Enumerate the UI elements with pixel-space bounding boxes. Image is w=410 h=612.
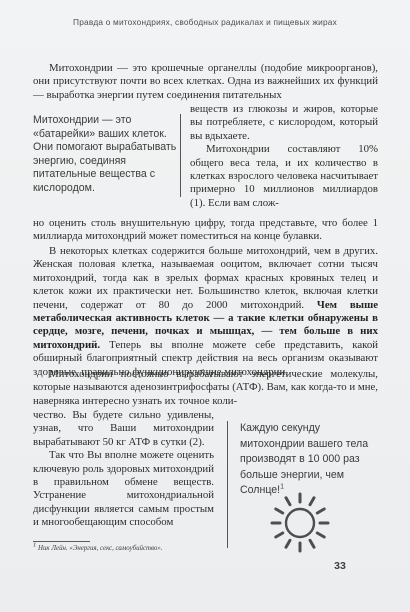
text-column-right: веществ из глюкозы и жиров, которые вы п… bbox=[190, 103, 378, 210]
paragraph-intro-continued: веществ из глюкозы и жиров, которые вы п… bbox=[190, 103, 378, 143]
paragraph-cell-counts: В некоторых клетках содержится больше ми… bbox=[33, 245, 378, 379]
pullquote-right-rule bbox=[227, 421, 228, 548]
pullquote-left: Митохондрии — это «батарейки» ваших клет… bbox=[33, 114, 178, 196]
book-page: Правда о митохондриях, свободных радикал… bbox=[0, 0, 410, 612]
text-column-left: чество. Вы будете сильно удивлены, узнав… bbox=[33, 409, 214, 530]
paragraph-atp-continued: чество. Вы будете сильно удивлены, узнав… bbox=[33, 409, 214, 449]
pullquote-left-rule bbox=[180, 114, 181, 197]
footnote-marker: 1 bbox=[33, 542, 36, 549]
paragraph-key-role: Так что Вы вполне можете оценить ключеву… bbox=[33, 449, 214, 529]
footnote: 1 Ник Лейн. «Энергия, секс, самоубийство… bbox=[33, 545, 233, 552]
paragraph-mito-weight-continued: но оценить столь внушительную цифру, тог… bbox=[33, 217, 378, 244]
paragraph-intro: Митохондрии — это крошечные органеллы (п… bbox=[33, 62, 378, 102]
pullquote-right-text: Каждую секунду митохондрии вашего тела п… bbox=[240, 422, 368, 496]
paragraph-atp: Митохондрии постоянно вырабатывают энерг… bbox=[33, 368, 378, 408]
sun-icon bbox=[266, 488, 334, 556]
paragraph-mito-weight: Митохондрии составляют 10% общего веса т… bbox=[190, 143, 378, 210]
footnote-separator bbox=[33, 541, 90, 542]
running-header: Правда о митохондриях, свободных радикал… bbox=[0, 17, 410, 27]
page-number: 33 bbox=[326, 560, 354, 572]
footnote-text: Ник Лейн. «Энергия, секс, самоубийство». bbox=[38, 545, 163, 552]
